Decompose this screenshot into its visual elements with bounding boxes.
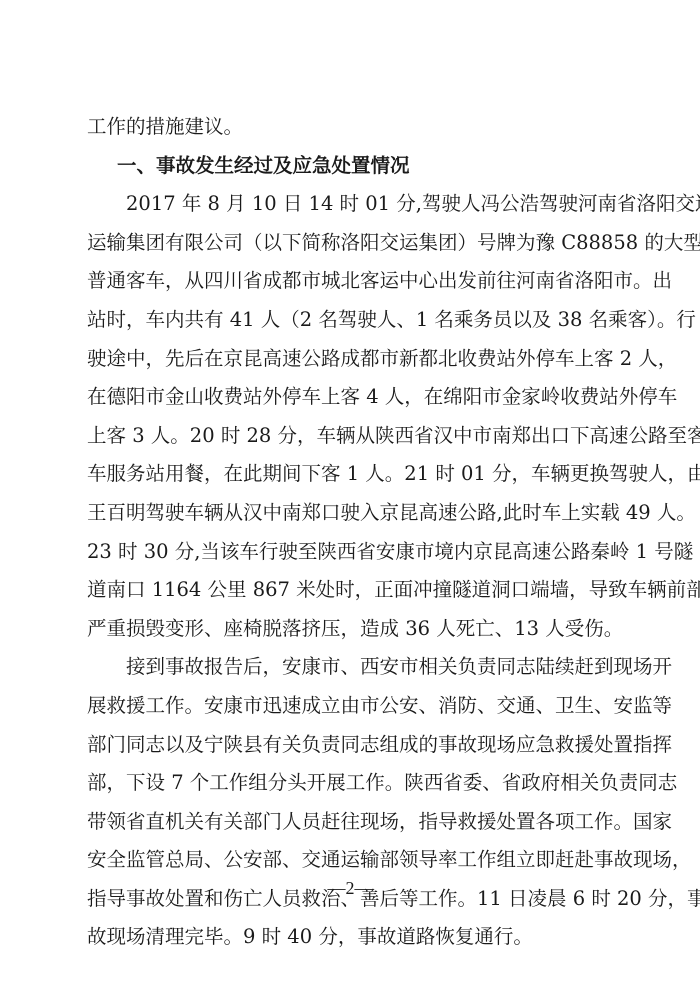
document-page: 工作的措施建议。 一、事故发生经过及应急处置情况 2017 年 8 月 10 日… xyxy=(87,108,613,957)
paragraph-1-line: 王百明驾驶车辆从汉中南郑口驶入京昆高速公路,此时车上实载 49 人。 xyxy=(87,494,613,533)
paragraph-1-line: 运输集团有限公司（以下简称洛阳交运集团）号牌为豫 C88858 的大型 xyxy=(87,224,613,263)
paragraph-1-line: 在德阳市金山收费站外停车上客 4 人，在绵阳市金家岭收费站外停车 xyxy=(87,378,613,417)
text-line-continuation: 工作的措施建议。 xyxy=(87,108,613,147)
paragraph-1-line: 驶途中，先后在京昆高速公路成都市新都北收费站外停车上客 2 人， xyxy=(87,340,613,379)
paragraph-1-line-1: 2017 年 8 月 10 日 14 时 01 分,驾驶人冯公浩驾驶河南省洛阳交… xyxy=(87,185,613,224)
paragraph-2-line: 部门同志以及宁陕县有关负责同志组成的事故现场应急救援处置指挥 xyxy=(87,726,613,765)
paragraph-2-line-1: 接到事故报告后，安康市、西安市相关负责同志陆续赶到现场开 xyxy=(87,648,613,687)
paragraph-1-line: 车服务站用餐，在此期间下客 1 人。21 时 01 分，车辆更换驾驶人，由 xyxy=(87,455,613,494)
paragraph-1-line: 道南口 1164 公里 867 米处时，正面冲撞隧道洞口端墙，导致车辆前部 xyxy=(87,571,613,610)
paragraph-2-line: 部，下设 7 个工作组分头开展工作。陕西省委、省政府相关负责同志 xyxy=(87,764,613,803)
paragraph-2-line: 展救援工作。安康市迅速成立由市公安、消防、交通、卫生、安监等 xyxy=(87,687,613,726)
paragraph-2-line-last: 故现场清理完毕。9 时 40 分，事故道路恢复通行。 xyxy=(87,918,613,957)
section-heading: 一、事故发生经过及应急处置情况 xyxy=(87,147,613,186)
paragraph-1-line: 站时，车内共有 41 人（2 名驾驶人、1 名乘务员以及 38 名乘客）。行 xyxy=(87,301,613,340)
paragraph-1-line: 普通客车，从四川省成都市城北客运中心出发前往河南省洛阳市。出 xyxy=(87,262,613,301)
paragraph-2-line: 安全监管总局、公安部、交通运输部领导率工作组立即赶赴事故现场， xyxy=(87,841,613,880)
paragraph-2-line: 带领省直机关有关部门人员赶往现场，指导救援处置各项工作。国家 xyxy=(87,803,613,842)
paragraph-1-line-last: 严重损毁变形、座椅脱落挤压，造成 36 人死亡、13 人受伤。 xyxy=(87,610,613,649)
paragraph-1-line: 23 时 30 分,当该车行驶至陕西省安康市境内京昆高速公路秦岭 1 号隧 xyxy=(87,533,613,572)
paragraph-1-line: 上客 3 人。20 时 28 分，车辆从陕西省汉中市南郑出口下高速公路至客 xyxy=(87,417,613,456)
page-number: —2— xyxy=(0,878,700,899)
